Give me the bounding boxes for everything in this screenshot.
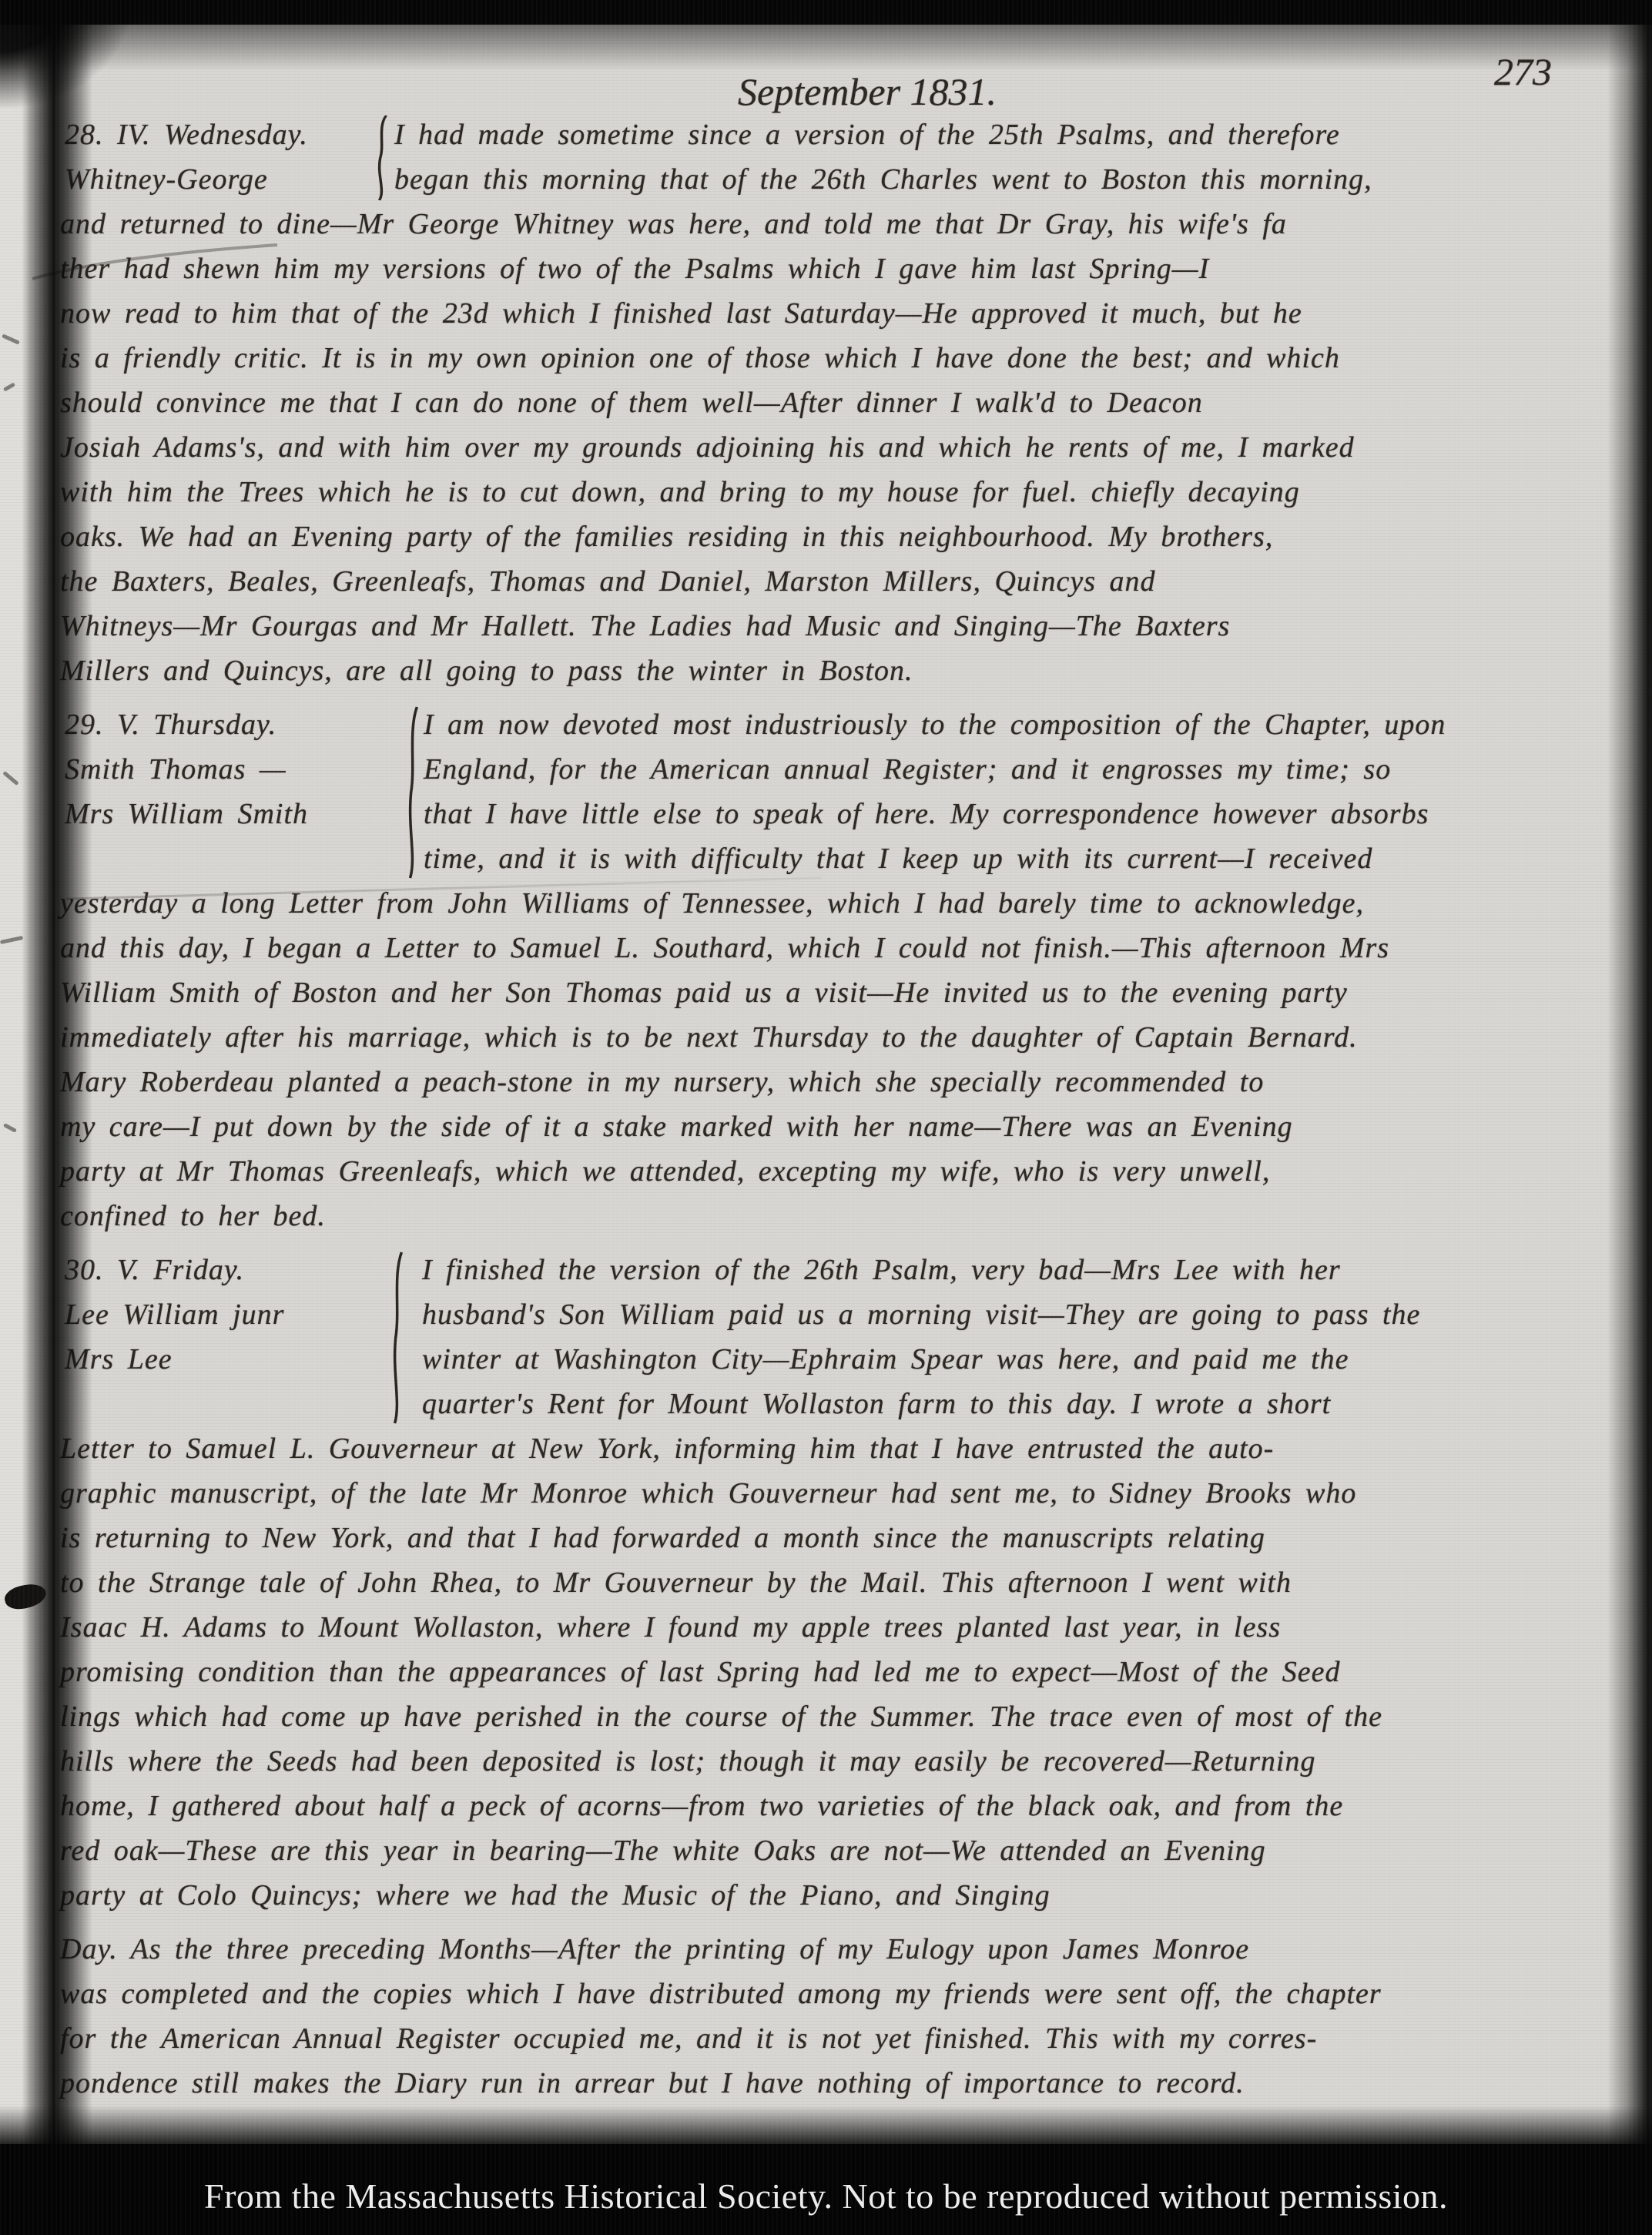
- manuscript-line: red oak—These are this year in bearing—T…: [60, 1828, 1624, 1873]
- manuscript-line: home, I gathered about half a peck of ac…: [60, 1784, 1624, 1828]
- entry-margin-line: Smith Thomas —: [65, 747, 396, 792]
- manuscript-line: with him the Trees which he is to cut do…: [60, 470, 1624, 514]
- entry-margin-labels: 28. IV. Wednesday.Whitney-George: [65, 112, 396, 202]
- entry-brace: [405, 704, 422, 881]
- manuscript-line: party at Colo Quincys; where we had the …: [60, 1873, 1624, 1918]
- manuscript-line: William Smith of Boston and her Son Thom…: [60, 970, 1624, 1015]
- scan-right-edge-shadow: [1607, 0, 1652, 2235]
- scan-top-border: [0, 0, 1652, 25]
- entry-indented-lines: I had made sometime since a version of t…: [394, 112, 1624, 202]
- manuscript-line: Whitneys—Mr Gourgas and Mr Hallett. The …: [60, 604, 1624, 648]
- manuscript-line: the Baxters, Beales, Greenleafs, Thomas …: [60, 559, 1624, 604]
- manuscript-line: I had made sometime since a version of t…: [394, 112, 1624, 157]
- scan-top-shadow: [0, 23, 1652, 71]
- entry-margin-line: Lee William junr: [65, 1292, 396, 1337]
- manuscript-line: immediately after his marriage, which is…: [60, 1015, 1624, 1060]
- manuscript-line: to the Strange tale of John Rhea, to Mr …: [60, 1560, 1624, 1605]
- entry-margin-line: Mrs Lee: [65, 1337, 396, 1382]
- entry-indented-lines: I am now devoted most industriously to t…: [424, 702, 1624, 881]
- manuscript-line: should convince me that I can do none of…: [60, 380, 1624, 425]
- manuscript-line: I finished the version of the 26th Psalm…: [422, 1248, 1624, 1292]
- manuscript-line: Letter to Samuel L. Gouverneur at New Yo…: [60, 1426, 1624, 1471]
- manuscript-line: husband's Son William paid us a morning …: [422, 1292, 1624, 1337]
- manuscript-line: and this day, I began a Letter to Samuel…: [60, 926, 1624, 970]
- diary-entry-sept-30: 30. V. Friday.Lee William junrMrs Lee I …: [60, 1248, 1624, 1918]
- manuscript-line: is returning to New York, and that I had…: [60, 1516, 1624, 1560]
- manuscript-line: pondence still makes the Diary run in ar…: [60, 2061, 1624, 2106]
- manuscript-line: Millers and Quincys, are all going to pa…: [60, 648, 1624, 693]
- entry-full-lines: yesterday a long Letter from John Willia…: [60, 881, 1624, 1238]
- scan-corner-shadow: [0, 0, 131, 108]
- manuscript-line: Day. As the three preceding Months—After…: [60, 1927, 1624, 1972]
- entry-margin-line: Mrs William Smith: [65, 792, 396, 836]
- scan-bottom-shadow: [0, 2106, 1652, 2149]
- manuscript-line: ther had shewn him my versions of two of…: [60, 246, 1624, 291]
- manuscript-line: promising condition than the appearances…: [60, 1650, 1624, 1694]
- manuscript-line: was completed and the copies which I hav…: [60, 1972, 1624, 2016]
- entry-indented-lines: I finished the version of the 26th Psalm…: [422, 1248, 1624, 1426]
- manuscript-line: graphic manuscript, of the late Mr Monro…: [60, 1471, 1624, 1516]
- manuscript-line: lings which had come up have perished in…: [60, 1694, 1624, 1739]
- manuscript-line: Mary Roberdeau planted a peach-stone in …: [60, 1060, 1624, 1104]
- month-year-heading: September 1831.: [738, 69, 997, 114]
- manuscript-line: that I have little else to speak of here…: [424, 792, 1624, 836]
- manuscript-line: yesterday a long Letter from John Willia…: [60, 881, 1624, 926]
- manuscript-line: now read to him that of the 23d which I …: [60, 291, 1624, 336]
- manuscript-line: confined to her bed.: [60, 1194, 1624, 1238]
- entry-margin-labels: 29. V. Thursday.Smith Thomas —Mrs Willia…: [65, 702, 396, 836]
- book-gutter-shadow: [22, 0, 92, 2235]
- manuscript-line: began this morning that of the 26th Char…: [394, 157, 1624, 202]
- manuscript-line: and returned to dine—Mr George Whitney w…: [60, 202, 1624, 246]
- manuscript-scan: September 1831. 273 28. IV. Wednesday.Wh…: [0, 0, 1652, 2235]
- manuscript-line: is a friendly critic. It is in my own op…: [60, 336, 1624, 380]
- manuscript-line: Josiah Adams's, and with him over my gro…: [60, 425, 1624, 470]
- manuscript-line: hills where the Seeds had been deposited…: [60, 1739, 1624, 1784]
- manuscript-line: party at Mr Thomas Greenleafs, which we …: [60, 1149, 1624, 1194]
- manuscript-line: my care—I put down by the side of it a s…: [60, 1104, 1624, 1149]
- repository-notice: From the Massachusetts Historical Societ…: [0, 2176, 1652, 2217]
- manuscript-line: for the American Annual Register occupie…: [60, 2016, 1624, 2061]
- manuscript-line: time, and it is with difficulty that I k…: [424, 836, 1624, 881]
- entry-margin-line: Whitney-George: [65, 157, 396, 202]
- manuscript-line: oaks. We had an Evening party of the fam…: [60, 514, 1624, 559]
- manuscript-line: winter at Washington City—Ephraim Spear …: [422, 1337, 1624, 1382]
- entry-body: Day. As the three preceding Months—After…: [60, 1927, 1624, 2106]
- entry-margin-line: 28. IV. Wednesday.: [65, 112, 396, 157]
- entry-full-lines: Day. As the three preceding Months—After…: [60, 1927, 1624, 2106]
- diary-entry-sept-28: 28. IV. Wednesday.Whitney-George I had m…: [60, 112, 1624, 693]
- entry-full-lines: Letter to Samuel L. Gouverneur at New Yo…: [60, 1426, 1624, 1918]
- manuscript-page: September 1831. 273 28. IV. Wednesday.Wh…: [60, 0, 1624, 2106]
- manuscript-line: Isaac H. Adams to Mount Wollaston, where…: [60, 1605, 1624, 1650]
- entry-brace: [390, 1249, 407, 1426]
- manuscript-line: I am now devoted most industriously to t…: [424, 702, 1624, 747]
- entry-margin-line: 30. V. Friday.: [65, 1248, 396, 1292]
- entry-brace: [374, 114, 391, 202]
- diary-entry-sept-29: 29. V. Thursday.Smith Thomas —Mrs Willia…: [60, 702, 1624, 1238]
- entry-full-lines: and returned to dine—Mr George Whitney w…: [60, 202, 1624, 693]
- manuscript-line: England, for the American annual Registe…: [424, 747, 1624, 792]
- manuscript-line: quarter's Rent for Mount Wollaston farm …: [422, 1382, 1624, 1426]
- entry-margin-labels: 30. V. Friday.Lee William junrMrs Lee: [65, 1248, 396, 1382]
- entry-margin-line: 29. V. Thursday.: [65, 702, 396, 747]
- month-summary-entry: Day. As the three preceding Months—After…: [60, 1927, 1624, 2106]
